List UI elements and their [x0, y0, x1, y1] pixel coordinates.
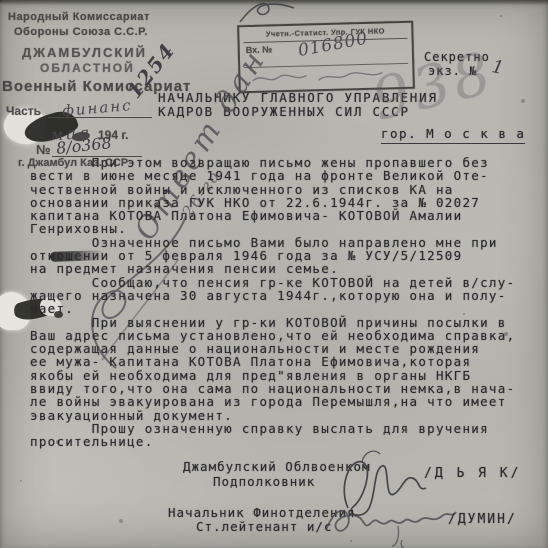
letter-body: При этом возвращаю письмо жены пропавшег… — [30, 156, 546, 449]
paragraph-3: Сообщаю,что пенсия гр-ке КОТОВОЙ на дете… — [30, 276, 546, 316]
letterhead-unit-line2: ОБЛАСТНОЙ — [40, 61, 135, 75]
paragraph-4: При выяснении у гр-ки КОТОВОЙ причины по… — [30, 316, 546, 422]
letterhead-unit-line1: ДЖАМБУЛСКИЙ — [22, 45, 147, 60]
paragraph-1: При этом возвращаю письмо жены пропавшег… — [30, 156, 546, 236]
signer1-title-line2: Подполковник — [213, 474, 315, 489]
scanned-letter-page: Народный Комиссариат Обороны Союза С.С.Р… — [0, 0, 548, 548]
signature-dumin-tail — [392, 540, 412, 548]
pen-loop-top — [238, 0, 298, 24]
paragraph-2: Означенное письмо Вами было направлено м… — [30, 236, 546, 276]
letterhead-org-line2: Обороны Союза С.С.Р. — [14, 26, 148, 38]
signer1-name: /Д Ь Я К/ — [424, 466, 521, 481]
signer2-name: /ДУМИН/ — [448, 512, 517, 527]
signature-dumin — [320, 496, 460, 548]
paragraph-5: Прошу означенную справку выслать для вру… — [30, 422, 546, 449]
letterhead-org-line1: Народный Комиссариат — [8, 11, 150, 23]
signer2-title-line2: Ст.лейтенант и/с — [196, 519, 332, 534]
letterhead-part-label: Часть — [6, 104, 41, 118]
recipient-line2: КАДРОВ ВООРУЖЕННЫХ СИЛ СССР — [158, 104, 410, 119]
